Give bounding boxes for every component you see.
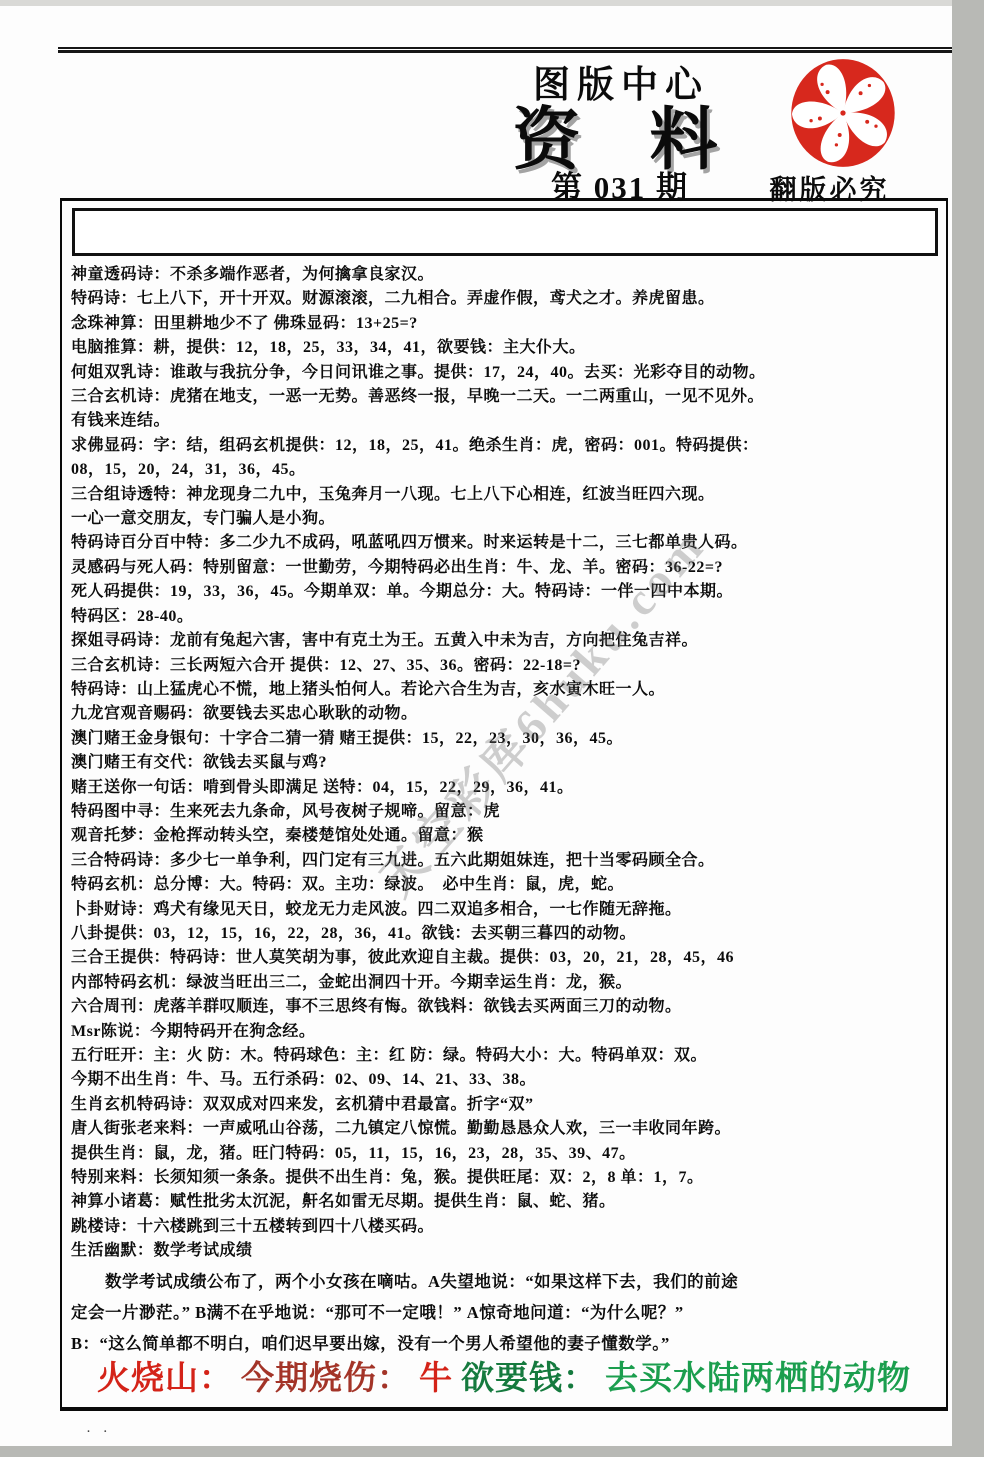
tip-line: 特别来料：长须知须一条条。提供不出生肖：兔，猴。提供旺尾：双：2，8 单：1，7… xyxy=(71,1166,942,1190)
tip-line: 特码区：28-40。 xyxy=(71,605,942,629)
tip-line: 五行旺开：主：火 防：木。特码球色：主：红 防：绿。特码大小：大。特码单双：双。 xyxy=(71,1044,942,1068)
tip-line: 生肖玄机特码诗：双双成对四来发，玄机猜中君最富。折字“双” xyxy=(71,1093,942,1117)
tip-line: Msr陈说：今期特码开在狗念经。 xyxy=(71,1020,942,1044)
tip-line: 生活幽默：数学考试成绩 xyxy=(71,1239,942,1263)
tip-line: 八卦提供：03，12，15，16，22，28，36，41。欲钱：去买朝三暮四的动… xyxy=(71,922,942,946)
tips-text-block: 神童透码诗：不杀多端作恶者，为何擒拿良家汉。特码诗：七上八下，开十开双。财源滚滚… xyxy=(62,256,946,1264)
tip-line: 有钱来连结。 xyxy=(71,409,942,433)
tips-sheet-page: 图版中心 资 料 第 031 期 翻版必究 神童透码诗：不 xyxy=(0,0,984,1457)
bauhinia-flower-logo-icon xyxy=(788,56,898,170)
tip-line: 神算小诸葛：赋性批劣太沉泥，鼾名如雷无尽期。提供生肖：鼠、蛇、猪。 xyxy=(71,1190,942,1214)
blank-title-box xyxy=(72,208,938,256)
tip-line: 08，15，20，24，31，36，45。 xyxy=(71,458,942,482)
prediction-segment: 火烧山： xyxy=(97,1352,233,1399)
tip-line: 三合玄机诗：三长两短六合开 提供：12、27、35、36。密码：22-18=? xyxy=(71,654,942,678)
tip-line: 三合特码诗：多少七一单争利，四门定有三九进。五六此期姐妹连，把十当零码顾全合。 xyxy=(71,849,942,873)
scan-margin-right xyxy=(952,0,984,1457)
tip-line: 观音托梦：金枪挥动转头空，秦楼楚馆处处通。留意：猴 xyxy=(71,824,942,848)
tip-line: 一心一意交朋友，专门骗人是小狗。 xyxy=(71,507,942,531)
tip-line: 澳门赌王金身银句：十字合二猜一猜 赌王提供：15，22，23，30，36，45。 xyxy=(71,727,942,751)
tip-line: 赌王送你一句话：啃到骨头即满足 送特：04，15，22，29，36，41。 xyxy=(71,776,942,800)
scan-margin-bottom xyxy=(0,1446,984,1457)
prediction-segment: 去买水陆两栖的动物 xyxy=(605,1352,911,1399)
prediction-segment: 今期烧伤： xyxy=(241,1352,411,1399)
scan-margin-top xyxy=(0,0,984,6)
tip-line: 今期不出生肖：牛、马。五行杀码：02、09、14、21、33、38。 xyxy=(71,1068,942,1092)
tip-line: 三合王提供：特码诗：世人莫笑胡为事，彼此欢迎自主裁。提供：03，20，21，28… xyxy=(71,946,942,970)
tip-line: 三合组诗透特：神龙现身二九中，玉兔奔月一八现。七上八下心相连，红波当旺四六现。 xyxy=(71,483,942,507)
prediction-segment: 牛 xyxy=(419,1352,453,1399)
tip-line: 三合玄机诗：虎猪在地支，一恶一无势。善恶终一报，早晚一二天。一二两重山，一见不见… xyxy=(71,385,942,409)
tip-line: 求佛显码：字：结，组码玄机提供：12，18，25，41。绝杀生肖：虎，密码：00… xyxy=(71,434,942,458)
tip-line: 神童透码诗：不杀多端作恶者，为何擒拿良家汉。 xyxy=(71,263,942,287)
tip-line: 卜卦财诗：鸡犬有缘见天日，蛟龙无力走风波。四二双追多相合，一七作随无辞拖。 xyxy=(71,898,942,922)
tip-line: 特码诗：山上猛虎心不慌，地上猪头怕何人。若论六合生为吉，亥水寅木旺一人。 xyxy=(71,678,942,702)
humor-paragraph: 数学考试成绩公布了，两个小女孩在嘀咕。A失望地说：“如果这样下去，我们的前途定会… xyxy=(62,1264,946,1359)
tip-line: 澳门赌王有交代：欲钱去买鼠与鸡? xyxy=(71,751,942,775)
scan-artifact-dots: · · xyxy=(86,1424,112,1441)
tip-line: 念珠神算：田里耕地少不了 佛珠显码：13+25=? xyxy=(71,312,942,336)
tip-line: 特码诗百分百中特：多二少九不成码，吼蓝吼四万惯来。时来运转是十二，三七都单贵人码… xyxy=(71,531,942,555)
header-divider-rule xyxy=(58,47,952,50)
prediction-segment: 欲要钱： xyxy=(461,1352,597,1399)
humor-line: 定会一片渺茫。” B满不在乎地说：“那可不一定哦！” A惊奇地问道：“为什么呢？… xyxy=(71,1297,942,1328)
tip-line: 电脑推算：耕，提供：12，18，25，33，34，41，欲要钱：主大仆大。 xyxy=(71,336,942,360)
tip-line: 提供生肖：鼠，龙，猪。旺门特码：05，11，15，16，23，28，35、39、… xyxy=(71,1142,942,1166)
tip-line: 特码诗：七上八下，开十开双。财源滚滚，二九相合。弄虚作假，鸢犬之才。养虎留患。 xyxy=(71,287,942,311)
tip-line: 探姐寻码诗：龙前有兔起六害，害中有克土为王。五黄入中未为吉，方向把住兔吉祥。 xyxy=(71,629,942,653)
humor-line: 数学考试成绩公布了，两个小女孩在嘀咕。A失望地说：“如果这样下去，我们的前途 xyxy=(71,1266,942,1297)
tip-line: 灵感码与死人码：特别留意：一世勤劳，今期特码必出生肖：牛、龙、羊。密码：36-2… xyxy=(71,556,942,580)
tip-line: 跳楼诗：十六楼跳到三十五楼转到四十八楼买码。 xyxy=(71,1215,942,1239)
tip-line: 何姐双乳诗：谁敢与我抗分争，今日问讯谁之事。提供：17，24，40。去买：光彩夺… xyxy=(71,361,942,385)
tip-line: 九龙宫观音赐码：欲要钱去买忠心耿耿的动物。 xyxy=(71,702,942,726)
tip-line: 内部特码玄机：绿波当旺出三二，金蛇出洞四十开。今期幸运生肖：龙，猴。 xyxy=(71,971,942,995)
tip-line: 特码图中寻：生来死去九条命，风号夜树子规啼。留意：虎 xyxy=(71,800,942,824)
tip-line: 特码玄机：总分博：大。特码：双。主功：绿波。 必中生肖：鼠，虎，蛇。 xyxy=(71,873,942,897)
tip-line: 六合周刊：虎落羊群叹顺连，事不三思终有悔。欲钱料：欲钱去买两面三刀的动物。 xyxy=(71,995,942,1019)
content-frame: 神童透码诗：不杀多端作恶者，为何擒拿良家汉。特码诗：七上八下，开十开双。财源滚滚… xyxy=(60,198,948,1411)
tip-line: 唐人街张老来料：一声威吼山谷荡，二九镇定八惊慌。勤勤恳恳众人欢，三一丰收同年跨。 xyxy=(71,1117,942,1141)
bottom-prediction-line: 火烧山：今期烧伤：牛欲要钱：去买水陆两栖的动物 xyxy=(62,1352,946,1399)
tip-line: 死人码提供：19，33，36，45。今期单双：单。今期总分：大。特码诗：一伴一四… xyxy=(71,580,942,604)
